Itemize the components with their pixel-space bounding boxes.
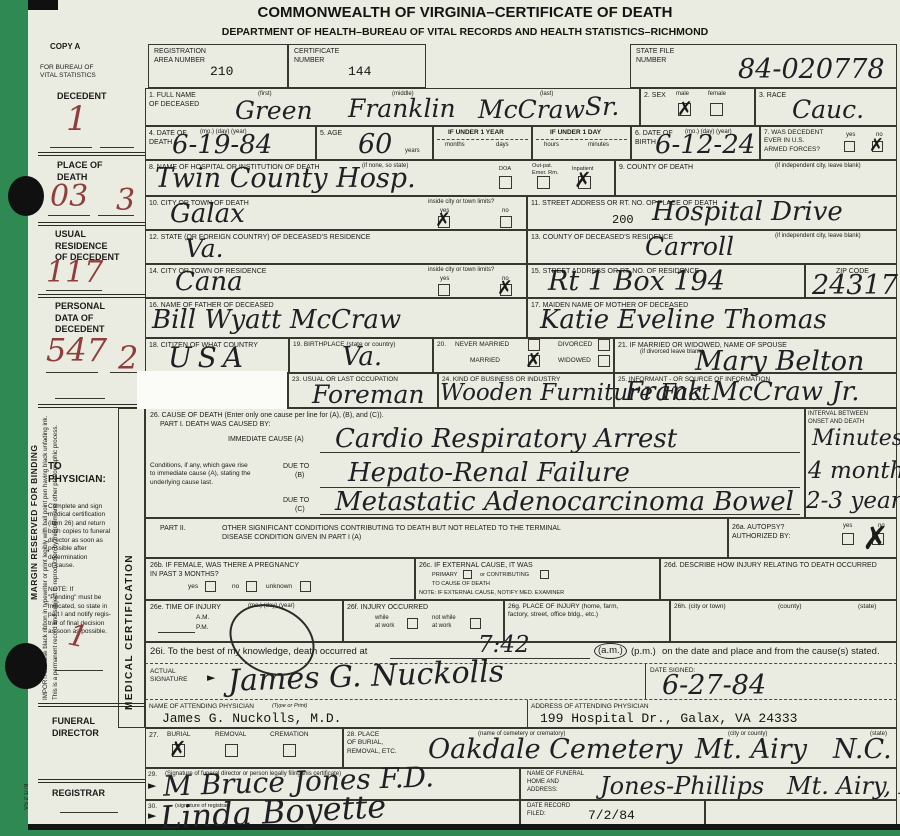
age-value: 60 <box>358 131 392 158</box>
field-26h-label: 26h. (city or town) <box>674 603 726 611</box>
checkbox-pregnancy-unknown <box>300 581 311 592</box>
state-file-value: 84-020778 <box>738 56 885 83</box>
cemetery-value: Oakdale Cemetery <box>428 736 682 763</box>
code-decedent: 1 <box>66 102 88 136</box>
medical-cert-vertical-label: MEDICAL CERTIFICATION <box>124 430 139 710</box>
part1-label: PART I. DEATH WAS CAUSED BY: <box>160 420 270 429</box>
pregnancy-no: no <box>232 583 239 591</box>
days-label: days <box>496 142 509 150</box>
page-title: COMMONWEALTH OF VIRGINIA–CERTIFICATE OF … <box>150 4 780 21</box>
state-sub: (state) <box>858 603 876 611</box>
x-mark-limits-yes: ✗ <box>435 211 451 230</box>
checkbox-pregnancy-no <box>246 581 257 592</box>
bureau-label: FOR BUREAU OF VITAL STATISTICS <box>40 64 96 81</box>
sidebar-divider <box>38 404 145 408</box>
hours-label: hours <box>544 142 559 150</box>
scan-shadow-band <box>28 824 900 830</box>
death-certificate-scan: COMMONWEALTH OF VIRGINIA–CERTIFICATE OF … <box>0 0 900 836</box>
hospital-value: Twin County Hosp. <box>155 165 416 192</box>
checkbox-removal <box>225 744 238 757</box>
dashed-rule <box>145 699 897 700</box>
field-12-label: 12. STATE (OR FOREIGN COUNTRY) OF DECEAS… <box>149 233 370 242</box>
certificate-value: 144 <box>348 64 371 79</box>
hole-punch-top <box>8 176 44 216</box>
sidebar-divider <box>38 152 145 156</box>
cause-c-value: Metastatic Adenocarcinoma Bowel <box>335 489 794 515</box>
actual-signature-label: ACTUAL SIGNATURE <box>150 668 187 685</box>
date-signed-value: 6-27-84 <box>662 672 766 699</box>
time-blank-line <box>158 632 195 633</box>
registration-label: REGISTRATION AREA NUMBER <box>154 47 206 65</box>
to-cause-label: TO CAUSE OF DEATH <box>432 581 490 588</box>
citizen-value: USA <box>168 344 249 372</box>
death-time-value: 7:42 <box>478 634 530 657</box>
limits-label-2: inside city or town limits? <box>428 267 494 275</box>
code-residence: 117 <box>46 258 103 288</box>
pm-option: (p.m.) <box>631 646 656 658</box>
code-underline <box>50 147 92 148</box>
occupation-value: Foreman <box>312 382 425 407</box>
county-sub: (county) <box>778 603 801 611</box>
code-personal-b: 2 <box>118 342 138 374</box>
cremation-label: CREMATION <box>270 731 309 739</box>
checkbox-limits-no <box>500 216 512 228</box>
widowed-label: WIDOWED <box>558 357 591 365</box>
code-underline <box>55 670 103 671</box>
to-physician-body: Complete and sign medical certification … <box>48 503 110 571</box>
field-3-label: 3. RACE <box>759 91 786 100</box>
x-mark-burial: ✗ <box>169 739 187 760</box>
sidebar-divider <box>38 222 145 226</box>
checkbox-divorced <box>598 339 610 351</box>
cause-a-value: Cardio Respiratory Arrest <box>335 426 677 452</box>
x-mark-autopsy-no: ✗ <box>862 522 889 554</box>
contributing-label: or CONTRIBUTING <box>480 572 529 579</box>
arrow-icon: ► <box>148 780 156 791</box>
name-middle-value: Franklin <box>348 96 456 121</box>
date-filed-label: DATE RECORD FILED: <box>527 803 570 819</box>
state-file-label: STATE FILE NUMBER <box>636 47 674 65</box>
field-13-sub: (if independent city, leave blank) <box>775 233 861 241</box>
field-26b-label: 26b. IF FEMALE, WAS THERE A PREGNANCY IN… <box>150 561 299 579</box>
checkbox-armed-yes <box>844 141 855 152</box>
page-subtitle: DEPARTMENT OF HEALTH–BUREAU OF VITAL REC… <box>150 26 780 38</box>
race-value: Cauc. <box>792 97 864 122</box>
field-26d-label: 26d. DESCRIBE HOW INJURY RELATING TO DEA… <box>664 561 877 570</box>
due-to-b-label: DUE TO <box>283 462 309 471</box>
field-27-label: 27. <box>149 731 159 740</box>
cause-b-value: Hepato-Renal Failure <box>348 460 630 486</box>
date-of-death-value: 6-19-84 <box>172 132 272 158</box>
never-married-label: NEVER MARRIED <box>455 341 509 349</box>
date-of-birth-value: 6-12-24 <box>655 132 755 158</box>
city-of-death-value: Galax <box>170 201 245 227</box>
doa-label: DOA <box>499 166 511 173</box>
interval-c-value: 2-3 years <box>806 490 900 513</box>
limits-label: inside city or town limits? <box>428 199 494 207</box>
code-underline <box>46 372 98 373</box>
field-26g-label: 26g. PLACE OF INJURY (home, farm, factor… <box>508 603 618 620</box>
spouse-value: Mary Belton <box>695 348 864 375</box>
cemetery-city-value: Mt. Airy <box>695 736 807 763</box>
sidebar-divider <box>38 779 145 783</box>
hole-punch-bottom <box>5 643 47 689</box>
field-2-label: 2. SEX <box>644 91 666 100</box>
interval-b-value: 4 months <box>808 460 900 483</box>
arrow-icon: ► <box>148 810 156 821</box>
mother-name-value: Katie Eveline Thomas <box>540 307 827 333</box>
registration-value: 210 <box>210 64 233 79</box>
date-filed-value: 7/2/84 <box>588 808 635 823</box>
field-26c-label: 26c. IF EXTERNAL CAUSE, IT WAS <box>419 561 533 570</box>
x-mark-male: ✗ <box>677 100 693 119</box>
external-cause-note: NOTE: IF EXTERNAL CAUSE, NOTIFY MED. EXA… <box>419 590 564 597</box>
type-or-print-sub: (Type or Print) <box>272 703 307 710</box>
x-mark-married: ✗ <box>525 350 542 370</box>
sidebar-divider <box>38 294 145 298</box>
primary-label: PRIMARY <box>432 572 457 579</box>
due-to-c-label: DUE TO <box>283 496 309 505</box>
father-name-value: Bill Wyatt McCraw <box>152 307 401 333</box>
code-place-a: 03 <box>50 182 88 212</box>
residence-street-value: Rt 1 Box 194 <box>548 268 725 295</box>
not-while-at-work-label: not while at work <box>432 615 456 631</box>
dashed-rule <box>536 139 627 140</box>
whiteout-patch <box>137 371 287 409</box>
field-26a-label: 26a. AUTOPSY? AUTHORIZED BY: <box>732 523 790 541</box>
field-26e-label: 26e. TIME OF INJURY <box>150 603 221 612</box>
checkbox-limits2-yes <box>438 284 450 296</box>
divorced-label: DIVORCED <box>558 341 592 349</box>
married-label: MARRIED <box>470 357 500 365</box>
x-mark-limits2-no: ✗ <box>497 279 513 298</box>
c-label: (C) <box>295 505 305 514</box>
binding-mark <box>28 0 58 10</box>
funeral-home-label: NAME OF FUNERAL HOME AND ADDRESS: <box>527 771 584 794</box>
field-7-label: 7. WAS DECEDENT EVER IN U.S. ARMED FORCE… <box>764 129 823 154</box>
cemetery-state-value: N.C. <box>833 736 892 763</box>
field-9-sub: (if independent city, leave blank) <box>775 163 861 171</box>
checkbox-pregnancy-yes <box>205 581 216 592</box>
code-underline <box>55 398 105 399</box>
pm-label: P.M. <box>196 624 209 632</box>
checkbox-cremation <box>283 744 296 757</box>
divider <box>645 664 646 699</box>
street-name-value: Hospital Drive <box>652 199 843 225</box>
name-first-value: Green <box>235 98 313 123</box>
copy-label: COPY A <box>50 42 80 52</box>
code-place-b: 3 <box>116 186 135 216</box>
interval-a-value: Minutes <box>812 428 900 450</box>
under-1-year-label: IF UNDER 1 YEAR <box>448 129 504 137</box>
arrow-icon: ► <box>207 672 215 683</box>
pregnancy-unknown: unknown <box>266 583 292 591</box>
physician-name-value: James G. Nuckolls, M.D. <box>162 711 341 726</box>
removal-label: REMOVAL <box>215 731 246 739</box>
x-mark-inpatient: ✗ <box>574 170 592 191</box>
age-unit: years <box>405 148 420 156</box>
code-underline <box>60 812 118 813</box>
am-label: A.M. <box>196 614 209 622</box>
checkbox-female <box>710 103 723 116</box>
checkbox-doa <box>499 176 512 189</box>
checkbox-not-while-at-work <box>470 618 481 629</box>
section-funeral-director: FUNERAL DIRECTOR <box>52 716 99 739</box>
code-underline <box>100 147 134 148</box>
certify-statement-post: on the date and place and from the cause… <box>662 646 880 658</box>
checkbox-while-at-work <box>407 618 418 629</box>
checkbox-widowed <box>598 355 610 367</box>
field-26-label: 26. CAUSE OF DEATH (Enter only one cause… <box>150 411 384 420</box>
to-physician-title: TO PHYSICIAN: <box>48 460 106 486</box>
checkbox-outpatient <box>537 176 550 189</box>
part2-text: OTHER SIGNIFICANT CONDITIONS CONTRIBUTIN… <box>222 524 561 542</box>
months-label: months <box>445 142 465 150</box>
field-5-label: 5. AGE <box>320 129 342 138</box>
female-label: female <box>708 91 726 99</box>
dashed-rule <box>437 139 528 140</box>
checkbox-contributing <box>540 570 549 579</box>
field-21-sub: (if divorced leave blank) <box>640 349 703 357</box>
interval-header: INTERVAL BETWEEN ONSET AND DEATH <box>808 411 868 427</box>
residence-city-value: Cana <box>175 269 243 295</box>
form-number: VS 2 1/78 <box>24 762 33 810</box>
section-registrar: REGISTRAR <box>52 788 105 800</box>
b-label: (B) <box>295 471 304 480</box>
checkbox-autopsy-yes <box>842 533 854 545</box>
part2-label: PART II. <box>160 524 186 533</box>
margin-binding-label: MARGIN RESERVED FOR BINDING <box>29 300 42 600</box>
checkbox-primary <box>463 570 472 579</box>
field-1-label: 1. FULL NAME OF DECEASED <box>149 91 199 109</box>
minutes-label: minutes <box>588 142 609 150</box>
informant-value: Frank McCraw Jr. <box>625 379 860 405</box>
name-suffix-value: Sr. <box>585 94 619 119</box>
certificate-label: CERTIFICATE NUMBER <box>294 47 339 65</box>
field-9-label: 9. COUNTY OF DEATH <box>619 163 693 172</box>
conditions-note: Conditions, if any, which gave rise to i… <box>150 462 250 487</box>
limits-yes-2: yes <box>440 276 449 284</box>
pregnancy-yes: yes <box>188 583 198 591</box>
autopsy-yes: yes <box>843 523 852 531</box>
divider <box>527 700 528 728</box>
x-mark-armed-no: ✗ <box>869 137 884 155</box>
armed-forces-yes: yes <box>846 132 855 140</box>
limits-no: no <box>502 208 509 216</box>
zip-value: 24317 <box>812 272 898 299</box>
residence-county-value: Carroll <box>645 234 734 259</box>
immediate-cause-label: IMMEDIATE CAUSE (A) <box>228 435 304 444</box>
while-at-work-label: while at work <box>375 615 394 631</box>
residence-state-value: Va. <box>185 236 224 261</box>
physician-address-value: 199 Hospital Dr., Galax, VA 24333 <box>540 711 797 726</box>
funeral-home-value: Jones-Phillips Mt. Airy, N.C. <box>600 774 900 798</box>
street-number-value: 200 <box>612 213 634 227</box>
field-26f-label: 26f. INJURY OCCURRED <box>347 603 428 612</box>
code-underline <box>48 215 90 216</box>
code-underline <box>46 290 102 291</box>
field-20-label: 20. <box>437 341 446 349</box>
field-28-label: 28. PLACE OF BURIAL, REMOVAL, ETC. <box>347 731 397 756</box>
under-1-day-label: IF UNDER 1 DAY <box>550 129 601 137</box>
name-last-value: McCraw <box>478 97 585 122</box>
code-personal-a: 547 <box>46 334 107 366</box>
birthplace-value: Va. <box>342 344 382 370</box>
